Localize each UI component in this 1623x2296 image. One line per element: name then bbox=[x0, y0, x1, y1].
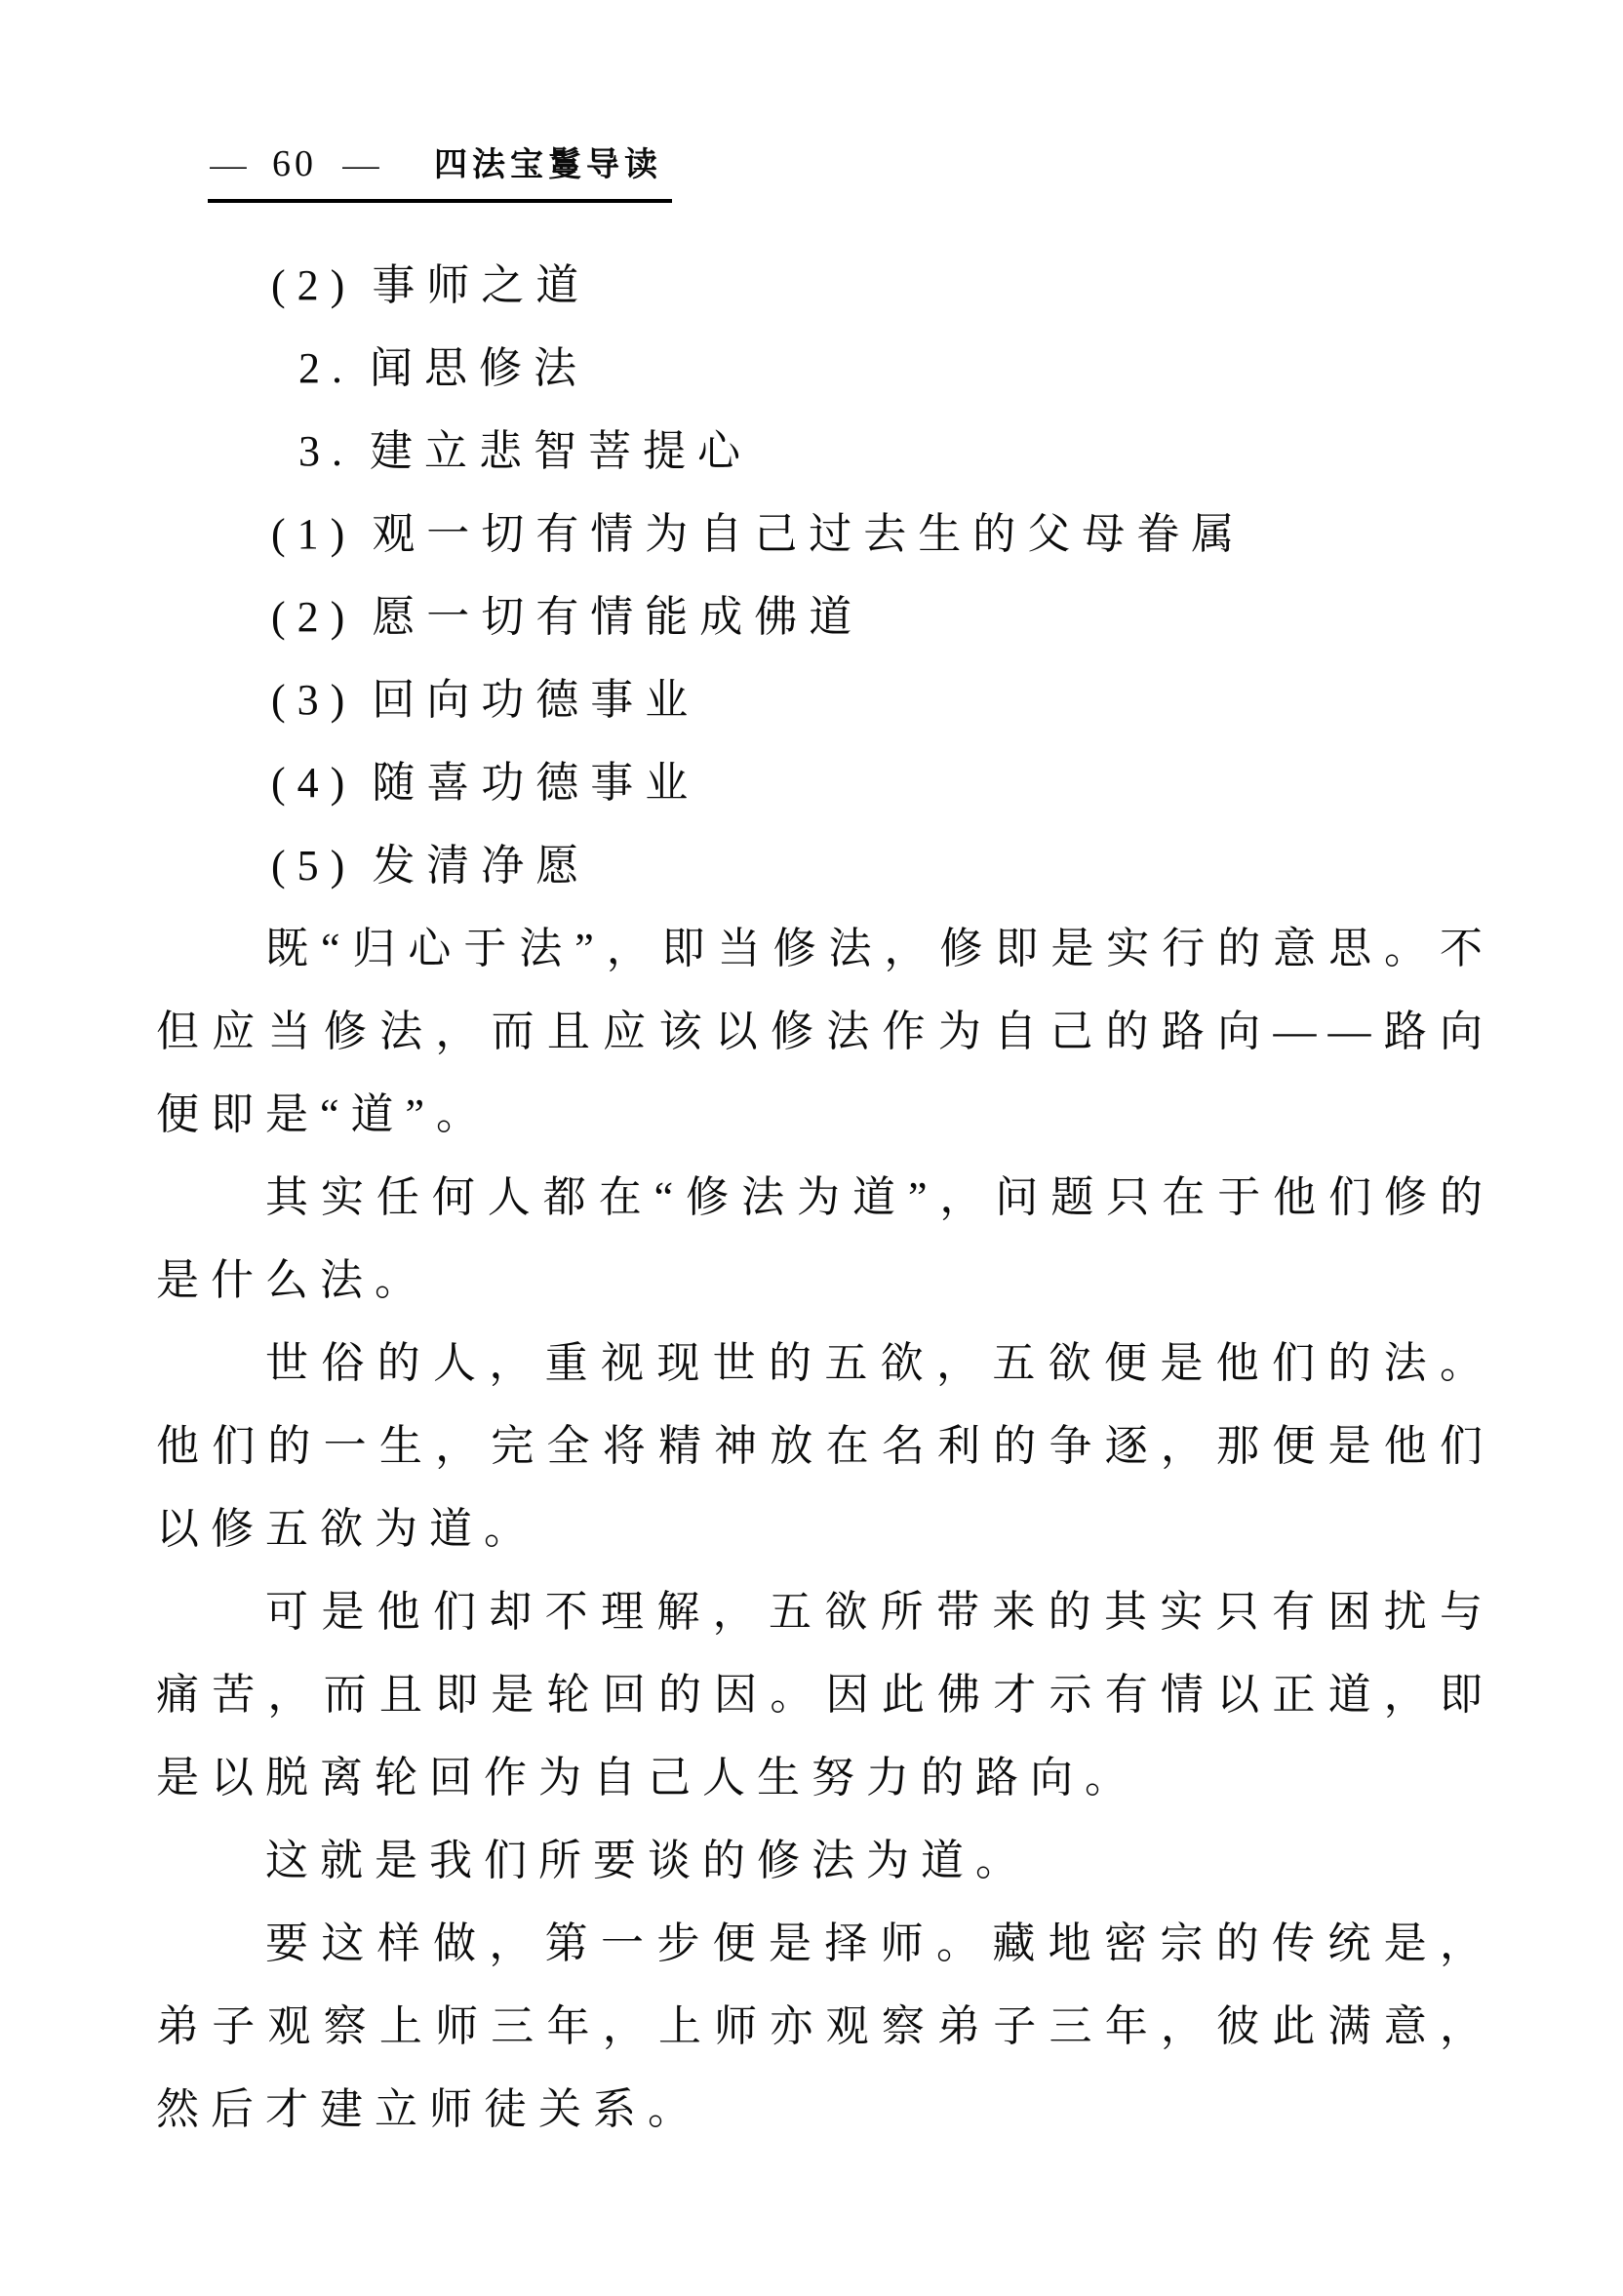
paragraph: 既“归心于法”，即当修法，修即是实行的意思。不但应当修法，而且应该以修法作为自己… bbox=[156, 907, 1494, 1156]
text-line: 其实任何人都在“修法为道”，问题只在于他们修的 bbox=[156, 1156, 1494, 1239]
paragraph: 可是他们却不理解，五欲所带来的其实只有困扰与痛苦，而且即是轮回的因。因此佛才示有… bbox=[156, 1570, 1494, 1819]
header-dash-left: — bbox=[210, 146, 246, 185]
text-line: 可是他们却不理解，五欲所带来的其实只有困扰与 bbox=[156, 1570, 1494, 1653]
text-line: 痛苦，而且即是轮回的因。因此佛才示有情以正道，即 bbox=[156, 1653, 1494, 1736]
book-page: — 60 — 四法宝鬘导读 (2)事师之道2.闻思修法3.建立悲智菩提心(1)观… bbox=[0, 0, 1623, 2296]
toc-item-marker: (5) bbox=[271, 842, 356, 890]
toc-item-marker: (2) bbox=[271, 261, 356, 309]
text-line: 以修五欲为道。 bbox=[156, 1487, 1494, 1570]
toc-item-text: 愿一切有情能成佛道 bbox=[372, 593, 863, 641]
header-dash-right: — bbox=[342, 146, 378, 185]
text-line: 弟子观察上师三年，上师亦观察弟子三年，彼此满意， bbox=[156, 1985, 1494, 2068]
book-title: 四法宝鬘导读 bbox=[434, 146, 662, 185]
toc-item-marker: 3. bbox=[298, 427, 354, 475]
toc-item: (2)愿一切有情能成佛道 bbox=[156, 575, 1494, 658]
toc-item-marker: (3) bbox=[271, 676, 356, 724]
body-paragraphs: 既“归心于法”，即当修法，修即是实行的意思。不但应当修法，而且应该以修法作为自己… bbox=[156, 907, 1494, 2151]
toc-item-marker: (1) bbox=[271, 510, 356, 558]
toc-item-text: 事师之道 bbox=[372, 261, 590, 309]
toc-item: (1)观一切有情为自己过去生的父母眷属 bbox=[156, 493, 1494, 575]
toc-item-marker: (2) bbox=[271, 593, 356, 641]
toc-item-text: 观一切有情为自己过去生的父母眷属 bbox=[372, 510, 1246, 558]
paragraph: 这就是我们所要谈的修法为道。 bbox=[156, 1819, 1494, 1902]
toc-item: (5)发清净愿 bbox=[156, 824, 1494, 907]
toc-item-text: 随喜功德事业 bbox=[372, 759, 699, 807]
toc-item: 3.建立悲智菩提心 bbox=[156, 410, 1494, 493]
text-line: 世俗的人，重视现世的五欲，五欲便是他们的法。 bbox=[156, 1322, 1494, 1405]
running-head: — 60 — 四法宝鬘导读 bbox=[208, 144, 672, 203]
page-number: 60 bbox=[272, 144, 317, 183]
text-line: 但应当修法，而且应该以修法作为自己的路向——路向 bbox=[156, 990, 1494, 1073]
toc-item: (3)回向功德事业 bbox=[156, 658, 1494, 741]
toc-item: 2.闻思修法 bbox=[156, 327, 1494, 410]
toc-list: (2)事师之道2.闻思修法3.建立悲智菩提心(1)观一切有情为自己过去生的父母眷… bbox=[156, 244, 1494, 907]
toc-item-marker: 2. bbox=[298, 344, 354, 392]
toc-item: (2)事师之道 bbox=[156, 244, 1494, 327]
toc-item-text: 建立悲智菩提心 bbox=[370, 427, 752, 475]
paragraph: 要这样做，第一步便是择师。藏地密宗的传统是，弟子观察上师三年，上师亦观察弟子三年… bbox=[156, 1902, 1494, 2151]
text-line: 是以脱离轮回作为自己人生努力的路向。 bbox=[156, 1736, 1494, 1819]
paragraph: 世俗的人，重视现世的五欲，五欲便是他们的法。他们的一生，完全将精神放在名利的争逐… bbox=[156, 1322, 1494, 1570]
toc-item-text: 回向功德事业 bbox=[372, 676, 699, 724]
text-line: 然后才建立师徒关系。 bbox=[156, 2068, 1494, 2151]
toc-item-marker: (4) bbox=[271, 759, 356, 807]
toc-item-text: 闻思修法 bbox=[370, 344, 588, 392]
toc-item: (4)随喜功德事业 bbox=[156, 741, 1494, 824]
paragraph: 其实任何人都在“修法为道”，问题只在于他们修的是什么法。 bbox=[156, 1156, 1494, 1322]
text-line: 这就是我们所要谈的修法为道。 bbox=[156, 1819, 1494, 1902]
text-line: 要这样做，第一步便是择师。藏地密宗的传统是， bbox=[156, 1902, 1494, 1985]
text-line: 便即是“道”。 bbox=[156, 1073, 1494, 1156]
text-line: 他们的一生，完全将精神放在名利的争逐，那便是他们 bbox=[156, 1405, 1494, 1487]
page-content: (2)事师之道2.闻思修法3.建立悲智菩提心(1)观一切有情为自己过去生的父母眷… bbox=[156, 244, 1494, 2151]
text-line: 既“归心于法”，即当修法，修即是实行的意思。不 bbox=[156, 907, 1494, 990]
toc-item-text: 发清净愿 bbox=[372, 842, 590, 890]
text-line: 是什么法。 bbox=[156, 1239, 1494, 1322]
